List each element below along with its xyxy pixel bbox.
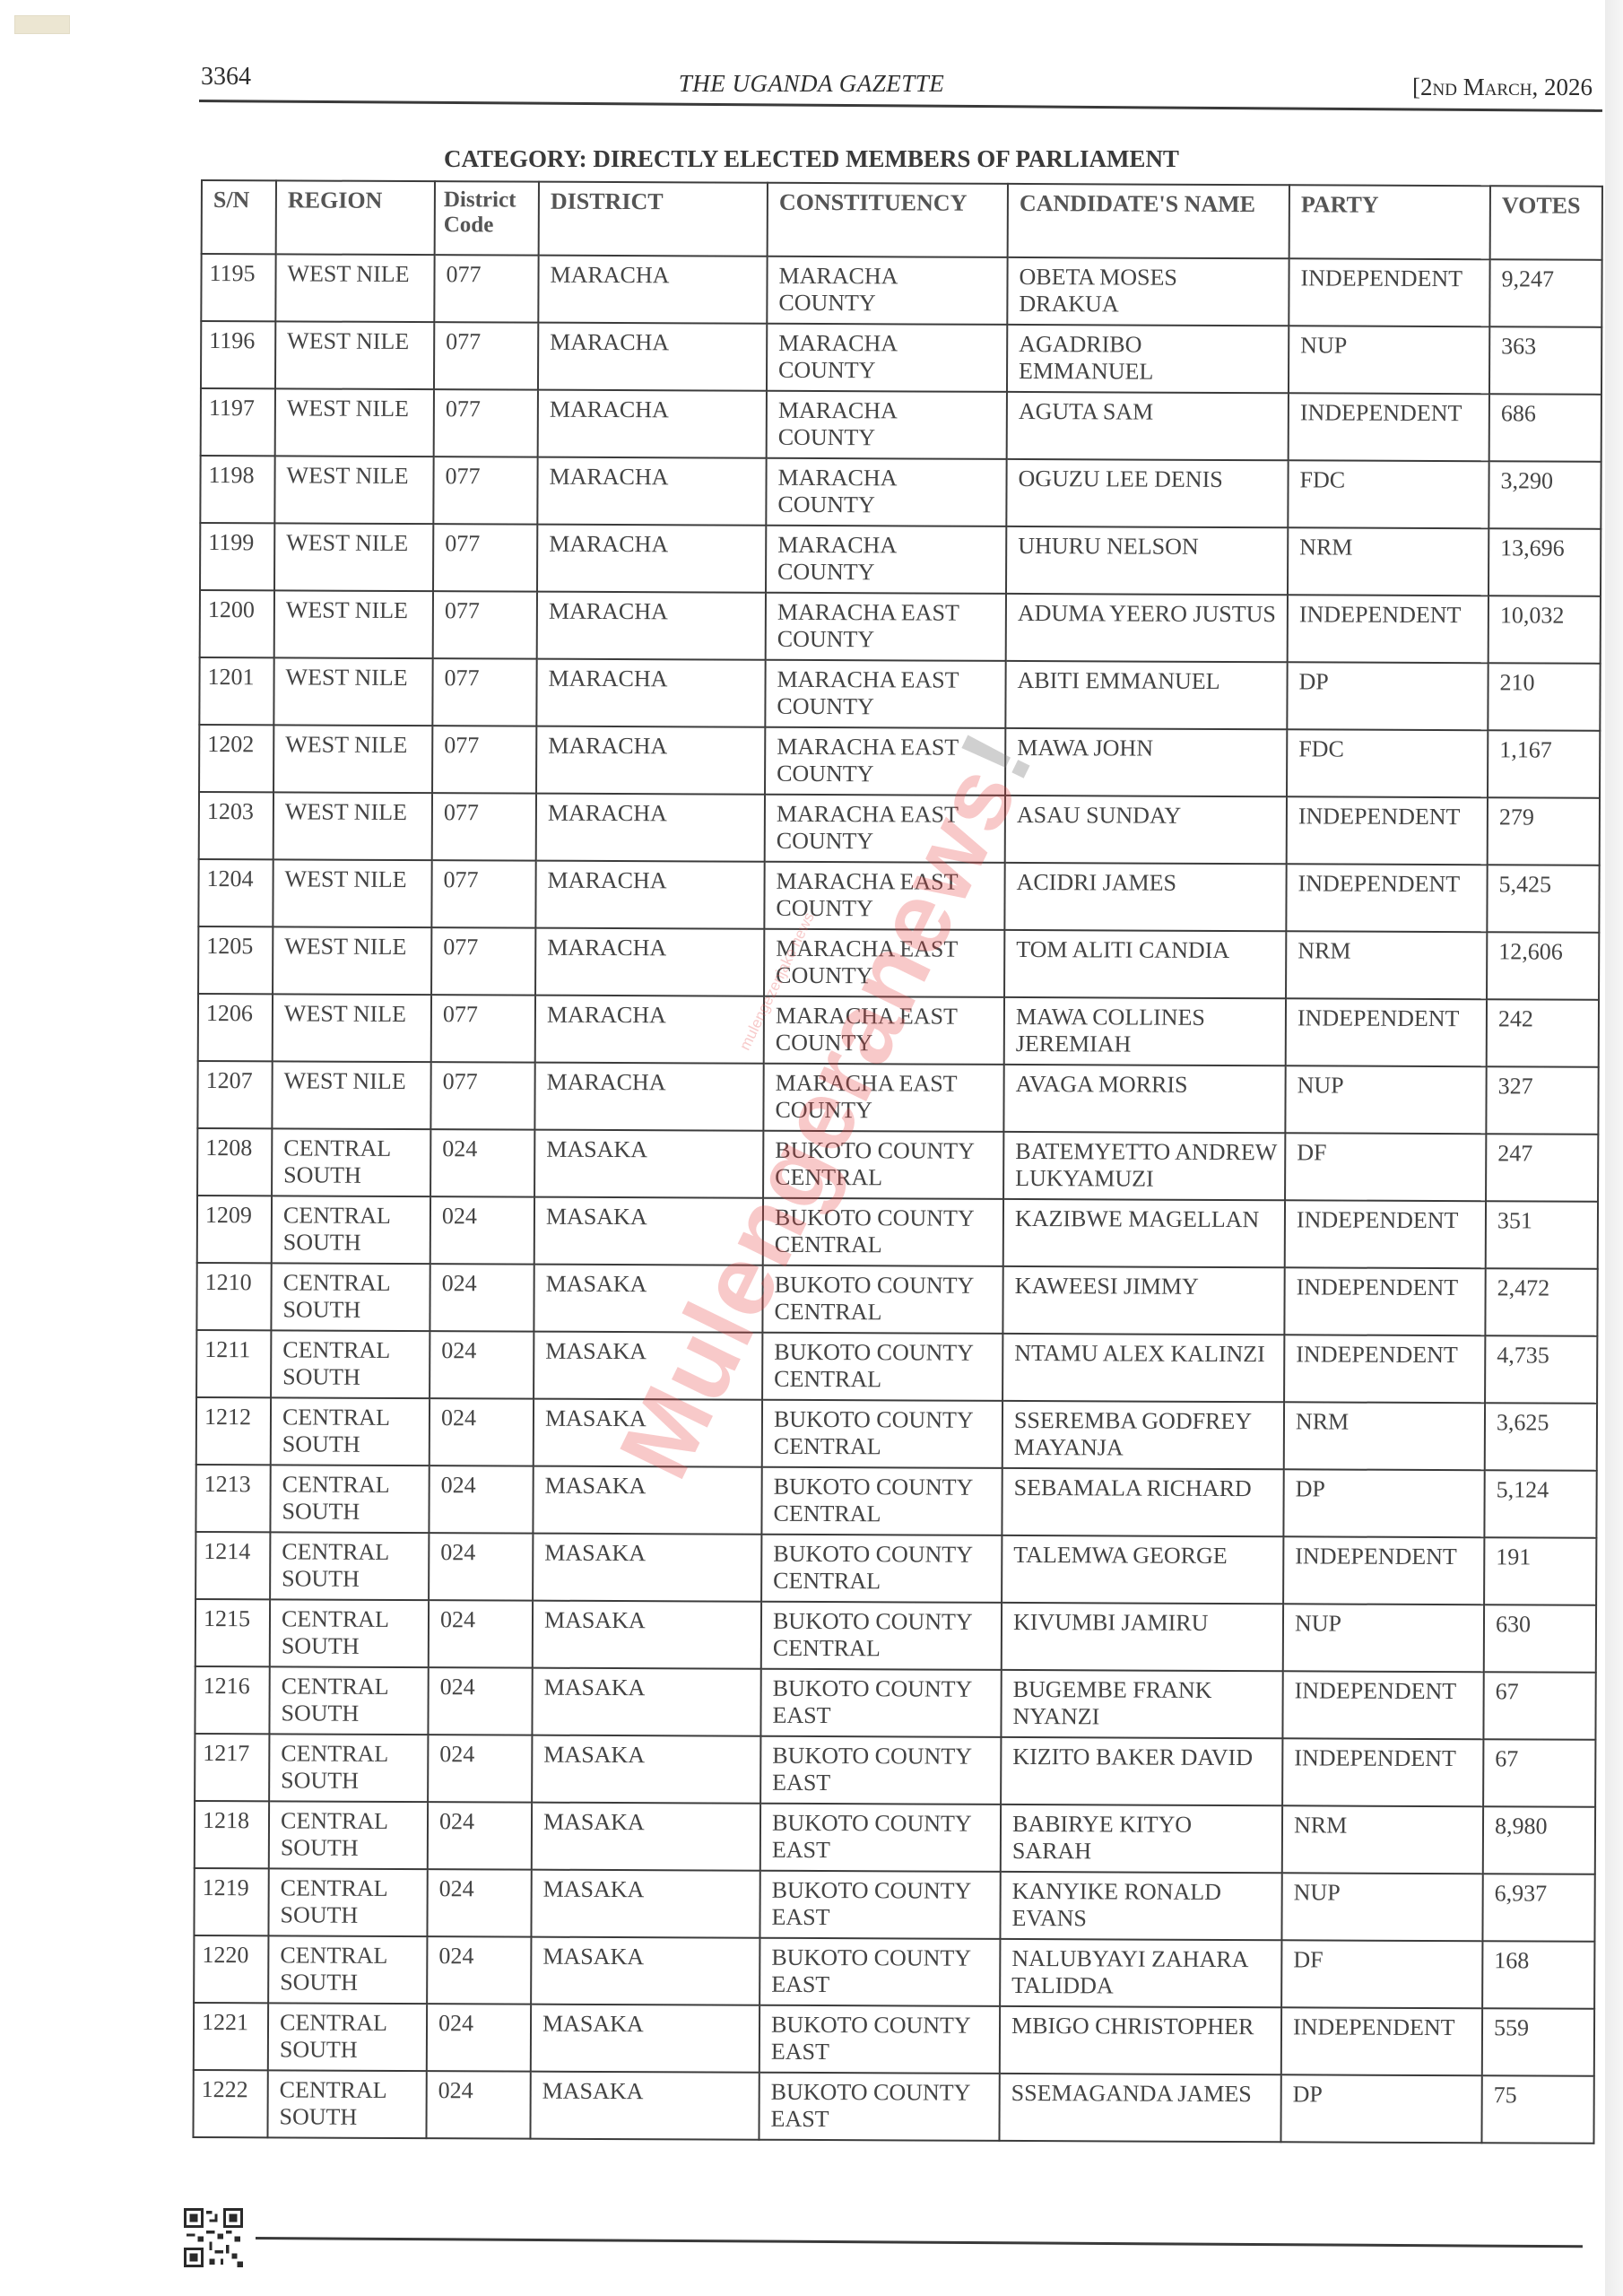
cell-candidate-name: ACIDRI JAMES (1004, 863, 1286, 931)
cell-district-code: 024 (429, 1465, 533, 1534)
cell-votes: 5,124 (1484, 1470, 1596, 1538)
cell-votes: 13,696 (1488, 528, 1601, 596)
cell-votes: 1,167 (1488, 730, 1600, 798)
table-header-row: S/N REGION District Code DISTRICT CONSTI… (202, 180, 1602, 260)
cell-sn: 1203 (199, 792, 273, 859)
cell-district: MARACHA (536, 726, 765, 795)
cell-district: MASAKA (532, 1668, 760, 1736)
cell-party: FDC (1287, 729, 1488, 797)
col-header-region: REGION (276, 180, 435, 255)
cell-candidate-name: ADUMA YEERO JUSTUS (1006, 594, 1288, 662)
cell-district-code: 077 (434, 322, 538, 390)
table-row: 1212CENTRAL SOUTH024MASAKABUKOTO COUNTY … (196, 1397, 1597, 1471)
cell-constituency: BUKOTO COUNTY EAST (759, 1938, 1000, 2006)
cell-constituency: MARACHA EAST COUNTY (765, 727, 1005, 796)
cell-district: MASAKA (533, 1601, 761, 1669)
cell-votes: 191 (1484, 1537, 1596, 1605)
cell-party: INDEPENDENT (1284, 1335, 1485, 1403)
cell-district-code: 024 (430, 1398, 534, 1466)
cell-party: INDEPENDENT (1286, 864, 1487, 932)
cell-region: CENTRAL SOUTH (268, 1935, 427, 2004)
cell-sn: 1208 (197, 1128, 272, 1196)
cell-constituency: MARACHA EAST COUNTY (765, 660, 1005, 728)
cell-party: DF (1285, 1133, 1486, 1201)
cell-district-code: 077 (431, 995, 535, 1063)
cell-votes: 9,247 (1489, 259, 1601, 327)
cell-candidate-name: TOM ALITI CANDIA (1004, 930, 1286, 998)
cell-district-code: 024 (430, 1264, 534, 1332)
cell-sn: 1210 (196, 1263, 271, 1330)
cell-district: MARACHA (538, 390, 767, 458)
table-row: 1211CENTRAL SOUTH024MASAKABUKOTO COUNTY … (196, 1330, 1597, 1404)
cell-district-code: 077 (434, 389, 538, 457)
cell-sn: 1212 (196, 1397, 271, 1465)
cell-district-code: 024 (429, 1533, 533, 1601)
cell-votes: 351 (1486, 1201, 1598, 1269)
cell-constituency: BUKOTO COUNTY CENTRAL (762, 1333, 1002, 1401)
cell-candidate-name: KIZITO BAKER DAVID (1001, 1737, 1282, 1805)
cell-sn: 1200 (200, 590, 274, 657)
cell-votes: 279 (1488, 797, 1600, 865)
cell-party: NUP (1283, 1604, 1484, 1672)
cell-candidate-name: OBETA MOSES DRAKUA (1007, 257, 1289, 326)
scan-page-edge (1605, 0, 1623, 2296)
cell-region: CENTRAL SOUTH (268, 2003, 427, 2071)
table-row: 1219CENTRAL SOUTH024MASAKABUKOTO COUNTY … (194, 1868, 1594, 1942)
cell-votes: 67 (1483, 1672, 1595, 1740)
table-row: 1220CENTRAL SOUTH024MASAKABUKOTO COUNTY … (194, 1935, 1594, 2009)
cell-constituency: BUKOTO COUNTY EAST (760, 1804, 1001, 1872)
cell-constituency: BUKOTO COUNTY EAST (759, 2005, 1000, 2074)
cell-constituency: MARACHA COUNTY (767, 391, 1007, 459)
cell-district-code: 024 (427, 1936, 531, 2005)
cell-district: MARACHA (536, 659, 765, 727)
cell-sn: 1217 (195, 1734, 269, 1801)
table-row: 1197WEST NILE077MARACHAMARACHA COUNTYAGU… (201, 388, 1601, 462)
cell-sn: 1196 (201, 321, 275, 388)
qr-code-icon (184, 2208, 243, 2267)
cell-region: WEST NILE (275, 254, 434, 322)
cell-constituency: BUKOTO COUNTY EAST (760, 1736, 1001, 1805)
cell-votes: 168 (1482, 1941, 1594, 2009)
cell-votes: 686 (1489, 394, 1601, 462)
table-row: 1216CENTRAL SOUTH024MASAKABUKOTO COUNTY … (195, 1666, 1595, 1740)
cell-constituency: MARACHA COUNTY (767, 324, 1007, 392)
col-header-votes: VOTES (1490, 186, 1602, 260)
cell-candidate-name: SSEMAGANDA JAMES (999, 2074, 1280, 2142)
table-row: 1198WEST NILE077MARACHAMARACHA COUNTYOGU… (200, 456, 1601, 529)
cell-votes: 3,625 (1485, 1403, 1597, 1471)
table-row: 1213CENTRAL SOUTH024MASAKABUKOTO COUNTY … (195, 1465, 1596, 1538)
table-row: 1208CENTRAL SOUTH024MASAKABUKOTO COUNTY … (197, 1128, 1598, 1202)
cell-sn: 1195 (201, 254, 275, 321)
cell-region: CENTRAL SOUTH (271, 1397, 430, 1465)
cell-region: CENTRAL SOUTH (269, 1801, 428, 1869)
cell-party: INDEPENDENT (1284, 1267, 1485, 1335)
cell-sn: 1197 (201, 388, 275, 456)
cell-candidate-name: ASAU SUNDAY (1005, 796, 1287, 864)
table-row: 1206WEST NILE077MARACHAMARACHA EAST COUN… (198, 994, 1599, 1067)
cell-constituency: BUKOTO COUNTY CENTRAL (763, 1131, 1003, 1199)
cell-sn: 1221 (194, 2003, 268, 2070)
cell-district: MARACHA (538, 256, 767, 324)
cell-sn: 1219 (194, 1868, 268, 1935)
cell-constituency: MARACHA COUNTY (766, 526, 1006, 594)
cell-party: NRM (1282, 1805, 1483, 1874)
cell-sn: 1209 (197, 1196, 272, 1263)
cell-district: MARACHA (537, 525, 766, 593)
cell-candidate-name: KANYIKE RONALD EVANS (1000, 1872, 1281, 1940)
cell-party: NRM (1286, 931, 1487, 999)
cell-candidate-name: OGUZU LEE DENIS (1006, 459, 1288, 527)
cell-region: WEST NILE (273, 792, 432, 860)
cell-region: WEST NILE (273, 994, 431, 1062)
cell-votes: 12,606 (1487, 932, 1599, 1000)
cell-sn: 1215 (195, 1599, 270, 1666)
cell-votes: 363 (1489, 326, 1601, 395)
cell-district: MASAKA (531, 1870, 759, 1938)
cell-region: WEST NILE (272, 1061, 430, 1129)
cell-sn: 1213 (195, 1465, 270, 1532)
cell-district-code: 024 (430, 1129, 534, 1197)
col-header-constituency: CONSTITUENCY (768, 183, 1008, 257)
cell-party: DP (1287, 662, 1488, 730)
cell-region: WEST NILE (273, 725, 432, 793)
cell-district: MARACHA (537, 592, 766, 660)
cell-district-code: 024 (428, 1667, 532, 1735)
cell-region: CENTRAL SOUTH (267, 2070, 426, 2138)
cell-votes: 5,425 (1487, 865, 1599, 933)
cell-votes: 75 (1481, 2075, 1593, 2144)
cell-region: CENTRAL SOUTH (271, 1263, 430, 1331)
cell-region: WEST NILE (275, 388, 434, 457)
cell-party: INDEPENDENT (1288, 595, 1488, 663)
table-row: 1196WEST NILE077MARACHAMARACHA COUNTYAGA… (201, 321, 1601, 395)
cell-constituency: MARACHA EAST COUNTY (765, 795, 1005, 863)
table-row: 1207WEST NILE077MARACHAMARACHA EAST COUN… (197, 1061, 1598, 1135)
cell-sn: 1220 (194, 1935, 268, 2003)
cell-district: MASAKA (533, 1466, 761, 1535)
cell-candidate-name: AGUTA SAM (1007, 392, 1289, 460)
table-row: 1218CENTRAL SOUTH024MASAKABUKOTO COUNTY … (195, 1801, 1595, 1874)
cell-party: INDEPENDENT (1281, 2007, 1482, 2075)
table-row: 1209CENTRAL SOUTH024MASAKABUKOTO COUNTY … (197, 1196, 1598, 1269)
cell-district-code: 077 (433, 591, 537, 659)
table-row: 1204WEST NILE077MARACHAMARACHA EAST COUN… (198, 859, 1599, 933)
cell-votes: 327 (1486, 1066, 1598, 1135)
cell-constituency: MARACHA EAST COUNTY (763, 1064, 1003, 1132)
cell-district: MASAKA (532, 1803, 760, 1871)
cell-region: WEST NILE (273, 926, 431, 995)
cell-district: MARACHA (535, 861, 764, 929)
cell-candidate-name: MAWA JOHN (1005, 728, 1287, 796)
cell-party: INDEPENDENT (1285, 1200, 1486, 1268)
cell-party: DF (1281, 1940, 1482, 2008)
cell-candidate-name: BUGEMBE FRANK NYANZI (1001, 1670, 1282, 1738)
cell-votes: 10,032 (1488, 596, 1601, 664)
col-header-candidate-name: CANDIDATE'S NAME (1008, 184, 1289, 258)
cell-constituency: BUKOTO COUNTY EAST (760, 1669, 1001, 1737)
cell-sn: 1216 (195, 1666, 269, 1734)
table-row: 1201WEST NILE077MARACHAMARACHA EAST COUN… (199, 657, 1600, 731)
cell-sn: 1204 (198, 859, 273, 926)
cell-candidate-name: BABIRYE KITYO SARAH (1001, 1805, 1282, 1873)
cell-candidate-name: KAWEESI JIMMY (1002, 1266, 1284, 1335)
cell-constituency: BUKOTO COUNTY CENTRAL (762, 1400, 1002, 1468)
cell-candidate-name: NALUBYAYI ZAHARA TALIDDA (1000, 1939, 1281, 2007)
cell-party: NUP (1281, 1873, 1482, 1941)
cell-votes: 67 (1483, 1739, 1595, 1807)
cell-candidate-name: SEBAMALA RICHARD (1002, 1468, 1283, 1536)
cell-candidate-name: NTAMU ALEX KALINZI (1002, 1334, 1284, 1402)
table-row: 1205WEST NILE077MARACHAMARACHA EAST COUN… (198, 926, 1599, 1000)
cell-district: MASAKA (534, 1399, 762, 1467)
cell-votes: 3,290 (1488, 461, 1601, 529)
cell-constituency: MARACHA COUNTY (767, 257, 1007, 325)
cell-votes: 6,937 (1482, 1874, 1594, 1942)
cell-region: CENTRAL SOUTH (272, 1196, 430, 1264)
cell-sn: 1205 (198, 926, 273, 994)
cell-sn: 1201 (199, 657, 273, 725)
cell-votes: 210 (1488, 663, 1600, 731)
cell-party: INDEPENDENT (1287, 796, 1488, 865)
col-header-district-code: District Code (435, 181, 539, 256)
cell-candidate-name: UHURU NELSON (1006, 526, 1288, 595)
cell-constituency: MARACHA EAST COUNTY (766, 593, 1006, 661)
table-row: 1221CENTRAL SOUTH024MASAKABUKOTO COUNTY … (194, 2003, 1594, 2076)
cell-sn: 1199 (200, 523, 274, 590)
cell-district-code: 024 (430, 1331, 534, 1399)
cell-constituency: BUKOTO COUNTY CENTRAL (761, 1602, 1002, 1670)
col-header-district: DISTRICT (539, 182, 768, 257)
cell-votes: 630 (1484, 1605, 1596, 1673)
cell-candidate-name: MBIGO CHRISTOPHER (1000, 2006, 1281, 2074)
cell-candidate-name: ABITI EMMANUEL (1005, 661, 1287, 729)
cell-sn: 1202 (199, 725, 273, 792)
cell-region: CENTRAL SOUTH (269, 1666, 428, 1735)
election-results-table: S/N REGION District Code DISTRICT CONSTI… (192, 179, 1603, 2144)
cell-constituency: BUKOTO COUNTY CENTRAL (763, 1198, 1003, 1266)
cell-party: DP (1283, 1469, 1484, 1537)
cell-sn: 1211 (196, 1330, 271, 1397)
cell-district-code: 024 (427, 1869, 531, 1937)
cell-constituency: BUKOTO COUNTY CENTRAL (762, 1265, 1002, 1334)
col-header-party: PARTY (1289, 185, 1490, 259)
cell-region: CENTRAL SOUTH (272, 1128, 430, 1196)
cell-party: NRM (1288, 527, 1488, 596)
cell-candidate-name: KAZIBWE MAGELLAN (1003, 1199, 1285, 1267)
cell-district-code: 077 (432, 658, 536, 726)
cell-constituency: BUKOTO COUNTY CENTRAL (761, 1467, 1002, 1535)
cell-party: INDEPENDENT (1283, 1536, 1484, 1605)
cell-party: DP (1280, 2074, 1481, 2143)
cell-district: MASAKA (534, 1197, 763, 1265)
cell-district-code: 024 (429, 1600, 533, 1668)
cell-district: MASAKA (534, 1130, 763, 1198)
cell-candidate-name: MAWA COLLINES JEREMIAH (1004, 997, 1286, 1065)
cell-constituency: BUKOTO COUNTY EAST (759, 2073, 999, 2141)
cell-district-code: 024 (426, 2071, 530, 2139)
category-heading: CATEGORY: DIRECTLY ELECTED MEMBERS OF PA… (0, 145, 1623, 173)
cell-party: INDEPENDENT (1282, 1738, 1483, 1806)
table-row: 1215CENTRAL SOUTH024MASAKABUKOTO COUNTY … (195, 1599, 1596, 1673)
cell-party: INDEPENDENT (1286, 998, 1487, 1066)
table-row: 1195WEST NILE077MARACHAMARACHA COUNTYOBE… (201, 254, 1601, 327)
cell-sn: 1218 (195, 1801, 269, 1868)
cell-region: CENTRAL SOUTH (270, 1465, 429, 1533)
cell-district: MARACHA (537, 457, 766, 526)
cell-party: NUP (1289, 326, 1489, 394)
table-row: 1214CENTRAL SOUTH024MASAKABUKOTO COUNTY … (195, 1532, 1596, 1605)
cell-constituency: MARACHA EAST COUNTY (764, 996, 1004, 1065)
cell-district: MARACHA (535, 996, 764, 1064)
cell-votes: 242 (1487, 999, 1599, 1067)
cell-district-code: 077 (433, 457, 537, 525)
table-row: 1200WEST NILE077MARACHAMARACHA EAST COUN… (200, 590, 1601, 664)
cell-district-code: 077 (431, 860, 535, 928)
footer-rule (256, 2237, 1583, 2248)
cell-sn: 1207 (197, 1061, 272, 1128)
cell-district: MASAKA (533, 1534, 761, 1602)
cell-constituency: BUKOTO COUNTY CENTRAL (761, 1535, 1002, 1603)
table-row: 1217CENTRAL SOUTH024MASAKABUKOTO COUNTY … (195, 1734, 1595, 1807)
cell-district-code: 077 (430, 1062, 534, 1130)
cell-district: MASAKA (530, 2072, 759, 2140)
cell-district: MASAKA (531, 2005, 759, 2073)
cell-district: MASAKA (532, 1735, 760, 1804)
cell-sn: 1222 (193, 2070, 267, 2137)
cell-party: INDEPENDENT (1282, 1671, 1483, 1739)
cell-region: CENTRAL SOUTH (269, 1734, 428, 1802)
table-body: 1195WEST NILE077MARACHAMARACHA COUNTYOBE… (193, 254, 1601, 2144)
cell-district: MARACHA (538, 323, 767, 391)
gazette-title: THE UGANDA GAZETTE (0, 70, 1623, 98)
cell-district-code: 024 (428, 1735, 532, 1803)
cell-district: MASAKA (531, 1937, 759, 2005)
cell-region: WEST NILE (273, 859, 431, 927)
cell-party: NUP (1285, 1065, 1486, 1134)
table-row: 1202WEST NILE077MARACHAMARACHA EAST COUN… (199, 725, 1600, 798)
cell-region: WEST NILE (274, 523, 433, 591)
cell-candidate-name: BATEMYETTO ANDREW LUKYAMUZI (1003, 1132, 1285, 1200)
cell-party: INDEPENDENT (1289, 393, 1489, 461)
cell-region: WEST NILE (274, 590, 433, 658)
cell-sn: 1214 (195, 1532, 270, 1599)
cell-sn: 1198 (200, 456, 274, 523)
cell-candidate-name: KIVUMBI JAMIRU (1002, 1603, 1283, 1671)
cell-votes: 559 (1482, 2008, 1594, 2076)
cell-sn: 1206 (198, 994, 273, 1061)
cell-region: CENTRAL SOUTH (271, 1330, 430, 1398)
cell-votes: 2,472 (1485, 1268, 1597, 1336)
cell-constituency: BUKOTO COUNTY EAST (759, 1871, 1000, 1939)
cell-district: MARACHA (534, 1063, 763, 1131)
table-row: 1199WEST NILE077MARACHAMARACHA COUNTYUHU… (200, 523, 1601, 596)
cell-votes: 247 (1486, 1134, 1598, 1202)
cell-region: WEST NILE (275, 321, 434, 389)
cell-district-code: 077 (432, 726, 536, 794)
cell-region: CENTRAL SOUTH (268, 1868, 427, 1936)
cell-district-code: 024 (430, 1196, 534, 1265)
cell-party: INDEPENDENT (1289, 258, 1489, 326)
cell-district-code: 077 (434, 255, 538, 323)
table-row: 1222CENTRAL SOUTH024MASAKABUKOTO COUNTY … (193, 2070, 1593, 2144)
scan-corner-mark (14, 15, 70, 34)
cell-region: WEST NILE (274, 456, 433, 524)
cell-votes: 4,735 (1485, 1335, 1597, 1404)
table-row: 1210CENTRAL SOUTH024MASAKABUKOTO COUNTY … (196, 1263, 1597, 1336)
cell-district-code: 024 (428, 1802, 532, 1870)
cell-region: CENTRAL SOUTH (270, 1599, 429, 1667)
cell-district-code: 077 (433, 524, 537, 592)
cell-party: NRM (1284, 1402, 1485, 1470)
cell-region: WEST NILE (273, 657, 432, 726)
cell-district: MASAKA (534, 1332, 762, 1400)
cell-district: MARACHA (536, 794, 765, 862)
cell-votes: 8,980 (1483, 1806, 1595, 1874)
col-header-sn: S/N (202, 180, 276, 254)
cell-candidate-name: AGADRIBO EMMANUEL (1007, 325, 1289, 393)
cell-district: MARACHA (535, 928, 764, 996)
cell-constituency: MARACHA COUNTY (766, 458, 1006, 526)
cell-district-code: 077 (431, 927, 535, 996)
cell-district-code: 077 (432, 793, 536, 861)
cell-region: CENTRAL SOUTH (270, 1532, 429, 1600)
cell-candidate-name: TALEMWA GEORGE (1002, 1535, 1283, 1604)
table-row: 1203WEST NILE077MARACHAMARACHA EAST COUN… (199, 792, 1600, 865)
cell-party: FDC (1288, 460, 1488, 528)
cell-candidate-name: AVAGA MORRIS (1003, 1065, 1285, 1133)
cell-district: MASAKA (534, 1265, 762, 1333)
issue-date: [2nd March, 2026 (1412, 74, 1593, 101)
cell-district-code: 024 (427, 2004, 531, 2072)
header-rule (199, 100, 1602, 112)
cell-candidate-name: SSEREMBA GODFREY MAYANJA (1002, 1401, 1284, 1469)
